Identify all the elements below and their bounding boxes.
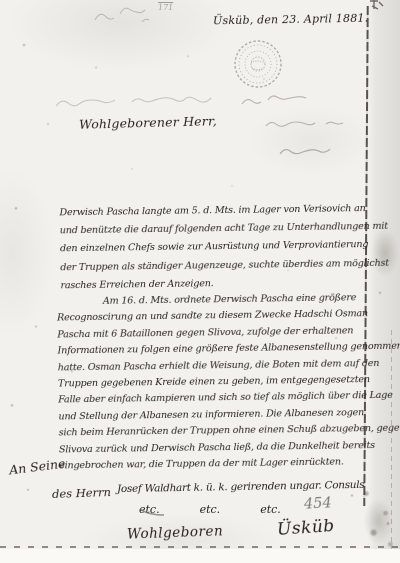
scanned-letter-page: 171 Üsküb, den 23. April 1881. Wohlgebor… — [0, 0, 400, 563]
pencil-page-number-top: 171 — [158, 3, 173, 12]
circular-stamp-icon — [231, 37, 285, 91]
pencil-page-number: 454 — [304, 495, 332, 512]
smudge — [370, 218, 400, 288]
pencil-scribble-right — [238, 92, 363, 170]
margin-note-an-seine: An Seine — [8, 456, 66, 478]
addressee-prefix: des Herrn — [52, 485, 111, 501]
scan-margin-strip — [0, 549, 400, 563]
dateline: Üsküb, den 23. April 1881. — [213, 12, 369, 28]
salutation: Wohlgeborener Herr, — [79, 113, 217, 132]
body-paragraph-1: Derwisch Pascha langte am 5. d. Mts. im … — [59, 200, 389, 296]
etcetera: etc. — [200, 503, 221, 516]
honorific-wohlgeboren: Wohlgeboren — [127, 523, 224, 542]
addressee-name: Josef Waldhart k. ü. k. gerirenden ungar… — [117, 479, 365, 495]
pencil-dash-scribble — [138, 506, 166, 518]
body-line: eingebrochen war, die Truppen da der mit… — [59, 454, 400, 475]
scan-bottom-edge — [0, 546, 400, 548]
smudge — [352, 478, 400, 556]
body-paragraph-2: Am 16. d. Mts. ordnete Derwisch Pascha e… — [57, 290, 400, 475]
pencil-scribble-middle — [52, 92, 247, 112]
signature-place: Üsküb — [276, 516, 335, 540]
etcetera: etc. — [260, 503, 281, 516]
